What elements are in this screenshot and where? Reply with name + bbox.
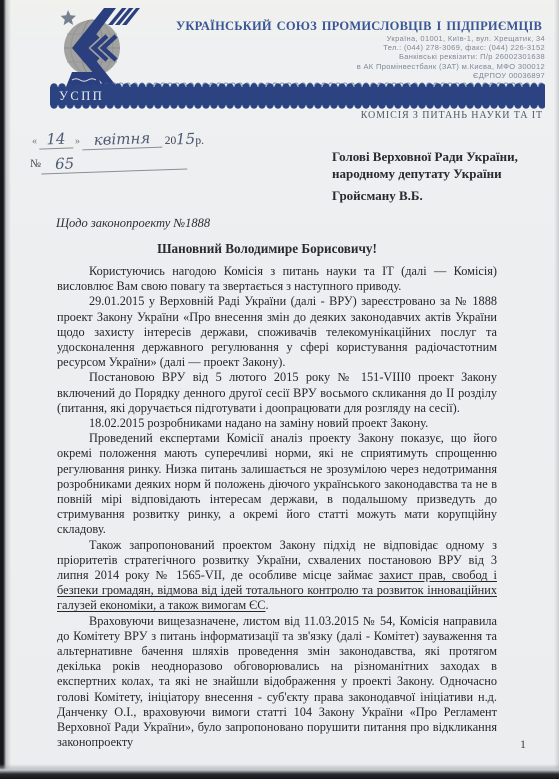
scan-edge-left: [0, 0, 11, 779]
paragraph: Враховуючи вищезазначене, листом від 11.…: [57, 614, 497, 751]
handwritten-number: 65: [41, 150, 188, 174]
subject-line: Щодо законопроекту №1888: [56, 216, 210, 231]
paragraph: Користуючись нагодою Комісія з питань на…: [57, 264, 497, 294]
organization-title: УКРАЇНСЬКИЙ СОЮЗ ПРОМИСЛОВЦІВ І ПІДПРИЄМ…: [168, 19, 550, 34]
page-number: 1: [520, 737, 526, 752]
commission-line: КОМІСІЯ З ПИТАНЬ НАУКИ ТА ІТ: [361, 110, 543, 121]
letter-body: Користуючись нагодою Комісія з питань на…: [57, 264, 497, 751]
scan-edge-bottom: [0, 764, 559, 779]
address-line: в АК Промінвестбанк (ЗАТ) м.Києва, МФО 3…: [357, 62, 545, 71]
paragraph-text: .: [266, 598, 269, 612]
recipient-line: народному депутату України: [332, 166, 518, 183]
quote-close: »: [75, 136, 80, 147]
navy-band: УСПП: [50, 87, 545, 105]
recipient-block: Голові Верховної Ради України, народному…: [332, 149, 518, 205]
paragraph: Проведений експертами Комісії аналіз про…: [57, 431, 497, 537]
scanned-letter: УКРАЇНСЬКИЙ СОЮЗ ПРОМИСЛОВЦІВ І ПІДПРИЄМ…: [0, 0, 559, 779]
salutation: Шановний Володимире Борисовичу!: [57, 241, 477, 257]
handwritten-day: 14: [39, 129, 74, 149]
recipient-name: Гройсману В.Б.: [332, 188, 518, 205]
paragraph: 18.02.2015 розробниками надано на заміну…: [57, 416, 497, 431]
number-line: №65: [30, 153, 187, 172]
uspp-logo: [52, 8, 140, 90]
quote-open: «: [32, 136, 37, 147]
handwritten-month: квітня: [82, 129, 163, 151]
paragraph: Постановою ВРУ від 5 лютого 2015 року № …: [57, 370, 497, 416]
scan-edge-right: [554, 0, 559, 779]
recipient-line: Голові Верховної Ради України,: [332, 149, 518, 166]
handwritten-year: 15: [176, 130, 196, 149]
printed-year-prefix: 20: [165, 135, 177, 147]
paragraph: Також запропонований проектом Закону під…: [57, 538, 497, 614]
address-block: Україна, 01001, Київ-1, вул. Хрещатик, 3…: [357, 34, 545, 80]
paragraph: 29.01.2015 у Верховній Раді України (дал…: [57, 294, 497, 370]
address-line: Україна, 01001, Київ-1, вул. Хрещатик, 3…: [357, 34, 545, 43]
address-line: Банківські реквізити: П/р 26002301638: [357, 52, 545, 61]
star-icon: [61, 10, 76, 25]
number-label: №: [30, 158, 41, 170]
logo-acronym: УСПП: [59, 89, 104, 104]
address-line: ЄДРПОУ 00036897: [357, 71, 545, 80]
address-line: Тел.: (044) 278-3069, факс: (044) 226-31…: [357, 43, 545, 52]
date-line: «14»квітня 2015р.: [30, 130, 204, 149]
year-suffix: р.: [195, 135, 204, 147]
letter-page: УКРАЇНСЬКИЙ СОЮЗ ПРОМИСЛОВЦІВ І ПІДПРИЄМ…: [0, 0, 559, 779]
